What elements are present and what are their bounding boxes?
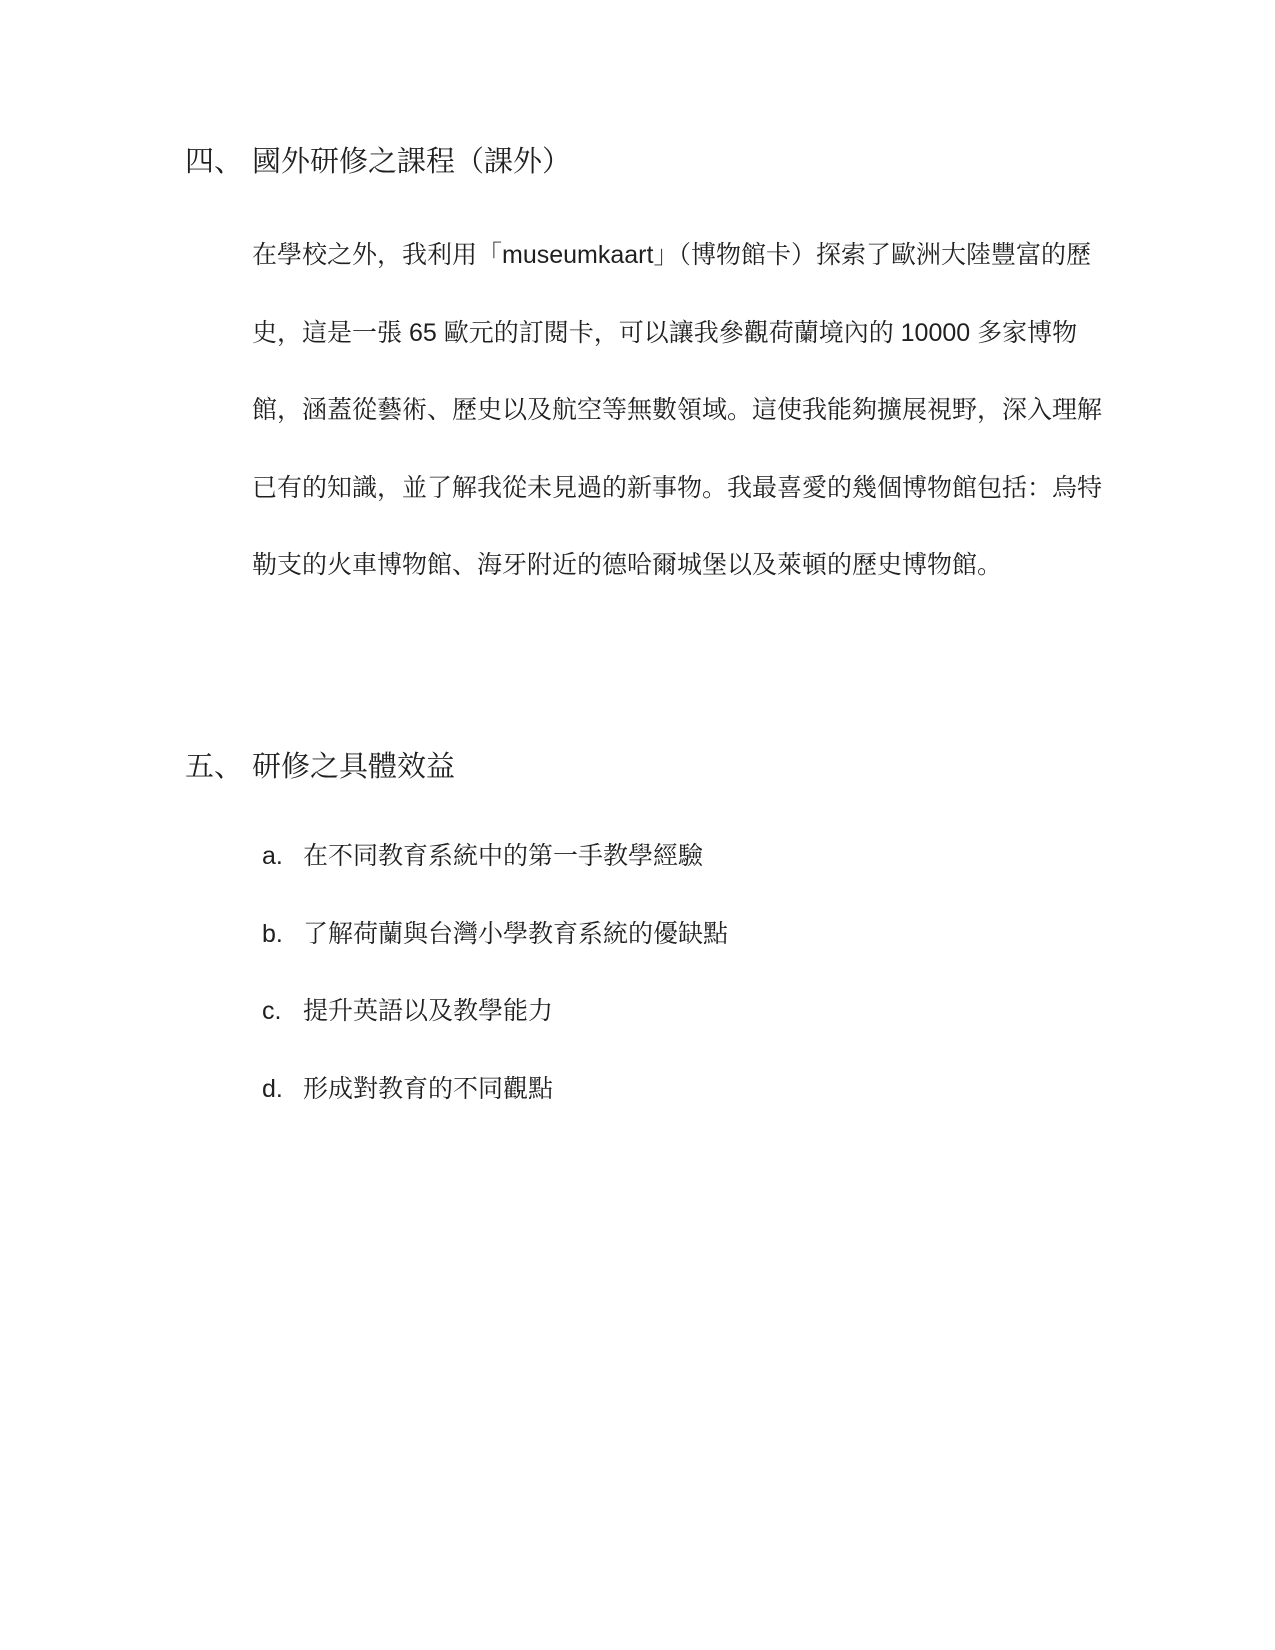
- list-item: b. 了解荷蘭與台灣小學教育系統的優缺點: [262, 896, 1082, 974]
- list-item-text: 在不同教育系統中的第一手教學經驗: [303, 818, 703, 896]
- list-item-text: 形成對教育的不同觀點: [303, 1051, 553, 1129]
- paragraph-line: 館，涵蓋從藝術、歷史以及航空等無數領域。這使我能夠擴展視野，深入理解: [252, 372, 1074, 450]
- list-item-text: 提升英語以及教學能力: [303, 973, 553, 1051]
- list-item-text: 了解荷蘭與台灣小學教育系統的優缺點: [303, 896, 728, 974]
- list-item: d. 形成對教育的不同觀點: [262, 1051, 1082, 1129]
- section-5-number: 五、: [185, 751, 252, 783]
- list-item: c. 提升英語以及教學能力: [262, 973, 1082, 1051]
- paragraph-line: 史，這是一張 65 歐元的訂閱卡，可以讓我參觀荷蘭境內的 10000 多家博物: [252, 295, 1074, 373]
- list-item-marker: a.: [262, 818, 303, 896]
- section-5-benefit-list: a. 在不同教育系統中的第一手教學經驗 b. 了解荷蘭與台灣小學教育系統的優缺點…: [262, 818, 1082, 1128]
- section-5-title: 研修之具體效益: [252, 751, 455, 783]
- document-page: 四、 國外研修之課程（課外） 在學校之外，我利用「museumkaart」（博物…: [0, 0, 1275, 1650]
- section-4-title: 國外研修之課程（課外）: [252, 146, 571, 178]
- list-item-marker: d.: [262, 1051, 303, 1129]
- paragraph-line: 在學校之外，我利用「museumkaart」（博物館卡）探索了歐洲大陸豐富的歷: [252, 217, 1074, 295]
- paragraph-line: 勒支的火車博物館、海牙附近的德哈爾城堡以及萊頓的歷史博物館。: [252, 527, 1074, 605]
- section-5-heading: 五、 研修之具體效益: [185, 751, 1155, 783]
- list-item-marker: b.: [262, 896, 303, 974]
- list-item: a. 在不同教育系統中的第一手教學經驗: [262, 818, 1082, 896]
- section-4-number: 四、: [185, 146, 252, 178]
- section-4-paragraph: 在學校之外，我利用「museumkaart」（博物館卡）探索了歐洲大陸豐富的歷 …: [252, 217, 1074, 605]
- paragraph-line: 已有的知識，並了解我從未見過的新事物。我最喜愛的幾個博物館包括：烏特: [252, 450, 1074, 528]
- list-item-marker: c.: [262, 973, 303, 1051]
- section-4-heading: 四、 國外研修之課程（課外）: [185, 146, 1155, 178]
